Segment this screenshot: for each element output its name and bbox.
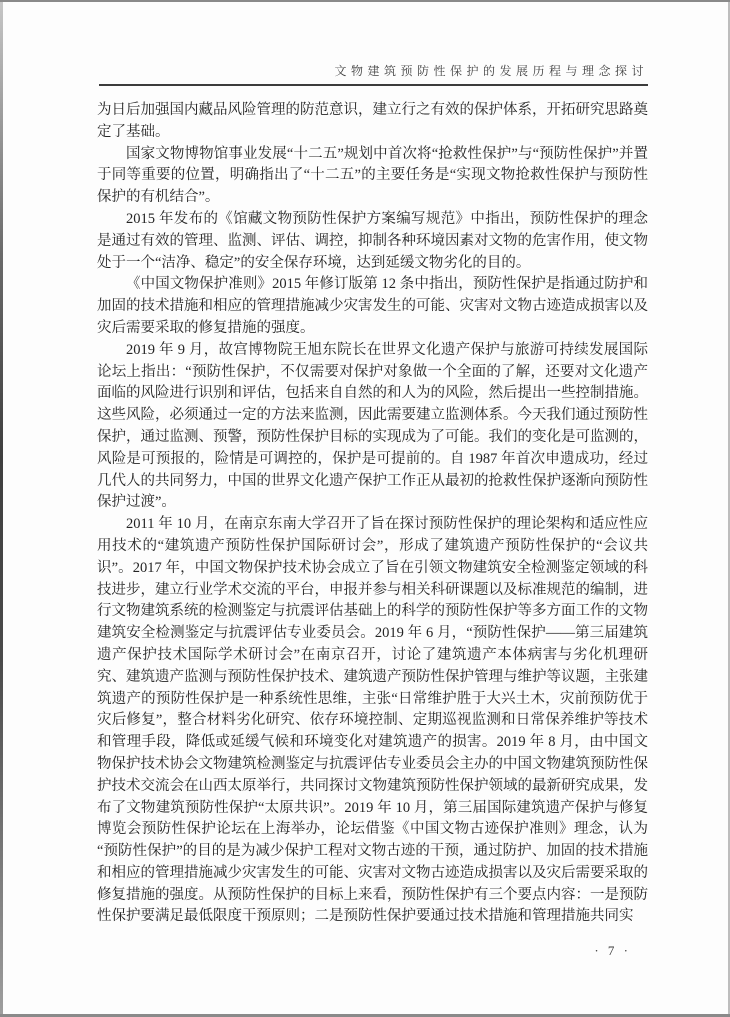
paragraph-continuation: 为日后加强国内藏品风险管理的防范意识，建立行之有效的保护体系，开拓研究思路奠定了… — [97, 100, 648, 144]
page-number: · 7 · — [97, 943, 631, 959]
scan-edge-left — [0, 2, 3, 1014]
paragraph-conferences-history: 2011 年 10 月，在南京东南大学召开了旨在探讨预防性保护的理论架构和适应性… — [97, 514, 648, 928]
header-rule — [99, 84, 648, 86]
paragraph-twelfth-five-plan: 国家文物博物馆事业发展“十二五”规划中首次将“抢救性保护”与“预防性保护”并置于… — [97, 144, 648, 209]
scan-edge-top — [0, 0, 730, 2]
paragraph-2019-forum-speech: 2019 年 9 月，故宫博物院王旭东院长在世界文化遗产保护与旅游可持续发展国际… — [97, 340, 648, 514]
book-page: 文物建筑预防性保护的发展历程与理念探讨 为日后加强国内藏品风险管理的防范意识，建… — [0, 0, 730, 1017]
paragraph-2015-guideline: 2015 年发布的《馆藏文物预防性保护方案编写规范》中指出，预防性保护的理念是通… — [97, 209, 648, 274]
paragraph-china-principles: 《中国文物保护准则》2015 年修订版第 12 条中指出，预防性保护是指通过防护… — [97, 274, 648, 339]
page-body: 为日后加强国内藏品风险管理的防范意识，建立行之有效的保护体系，开拓研究思路奠定了… — [97, 100, 648, 928]
running-title: 文物建筑预防性保护的发展历程与理念探讨 — [99, 62, 648, 79]
